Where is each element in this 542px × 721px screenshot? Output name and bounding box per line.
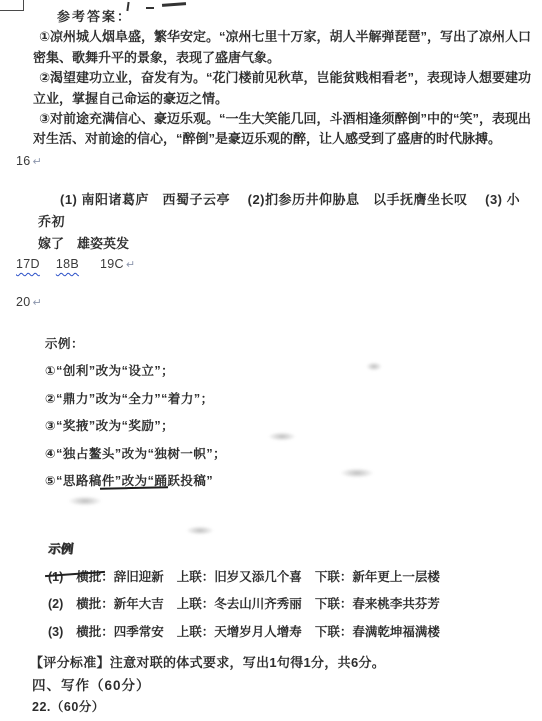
paragraph-mark-icon: ↵ xyxy=(126,259,136,271)
couplet-prefix: (2) xyxy=(48,591,63,619)
analysis-line: 立业，掌握自己命运的豪迈之情。 xyxy=(33,89,533,109)
q22-label: 22.（60分） xyxy=(32,697,105,715)
couplet-hengpi: 横批：四季常安 xyxy=(76,619,164,647)
scoring-note: 【评分标准】注意对联的体式要求，写出1句得1分，共6分。 xyxy=(30,652,385,671)
couplet-shanglian: 上联：天增岁月人增寿 xyxy=(177,619,302,647)
q16-answer-line: 嫁了 雄姿英发 xyxy=(38,233,530,255)
answer-18: 18B xyxy=(56,257,79,271)
analysis-line: ②渴望建功立业，奋发有为。“花门楼前见秋草，岂能贫贱相看老”，表现诗人想要建功 xyxy=(33,68,533,88)
revision-item: ③“奖掖”改为“奖励”； xyxy=(45,413,465,440)
q20-answers-block: 示例： ①“创利”改为“设立”； ②“鼎力”改为“全力”“着力”； ③“奖掖”改… xyxy=(45,331,465,495)
scan-smudge xyxy=(268,432,296,441)
revision-item: ①“创利”改为“设立”； xyxy=(45,358,465,385)
example-label: 示例： xyxy=(45,331,465,358)
couplet-shanglian: 上联：旧岁又添几个喜 xyxy=(177,564,302,592)
q17-19-answers: 17D18B19C↵ xyxy=(16,257,135,271)
poem-analysis-block: 参考答案： ①凉州城人烟阜盛，繁华安定。“凉州七里十万家，胡人半解弹琵琶”，写出… xyxy=(33,7,533,150)
answer-17: 17D xyxy=(16,257,40,271)
q21-answers-block: 示例 (1) 横批：辞旧迎新 上联：旧岁又添几个喜 下联：新年更上一层楼 (2)… xyxy=(48,536,508,646)
analysis-line: 密集、歌舞升平的景象，表现了盛唐气象。 xyxy=(33,48,533,68)
analysis-line: ①凉州城人烟阜盛，繁华安定。“凉州七里十万家，胡人半解弹琵琶”，写出了凉州人口 xyxy=(33,27,533,47)
q20-number-text: 20 xyxy=(16,295,31,309)
couplet-hengpi: 横批：辞旧迎新 xyxy=(76,564,164,592)
answer-key-title: 参考答案： xyxy=(57,7,533,27)
couplet-row: (2) 横批：新年大吉 上联：冬去山川齐秀丽 下联：春来桃李共芬芳 xyxy=(48,591,508,619)
answer-19: 19C xyxy=(100,257,124,271)
paragraph-mark-icon: ↵ xyxy=(33,297,43,309)
revision-item: ⑤“思路稿件”改为“踊跃投稿” xyxy=(45,468,465,495)
scan-smudge xyxy=(68,496,102,506)
q16-number: 16↵ xyxy=(16,154,42,168)
couplet-prefix: (3) xyxy=(48,619,63,647)
scan-smudge xyxy=(366,362,382,371)
q16-answers-block: (1) 南阳诸葛庐 西蜀子云亭 (2)扪参历井仰胁息 以手抚膺坐长叹 (3) 小… xyxy=(38,189,530,255)
revision-item: ②“鼎力”改为“全力”“着力”； xyxy=(45,386,465,413)
couplet-xialian: 下联：春满乾坤福满楼 xyxy=(315,619,440,647)
couplet-prefix: (1) xyxy=(48,564,63,592)
analysis-line: 对生活、对前途的信心，“醉倒”是豪迈乐观的醉，让人感受到了盛唐的时代脉搏。 xyxy=(33,129,533,149)
scan-smudge xyxy=(340,468,374,478)
couplet-row: (1) 横批：辞旧迎新 上联：旧岁又添几个喜 下联：新年更上一层楼 xyxy=(48,564,508,592)
pen-mark xyxy=(162,2,186,6)
revision-item: ④“独占鳌头”改为“独树一帜”； xyxy=(45,441,465,468)
q20-number: 20↵ xyxy=(16,295,42,309)
analysis-line: ③对前途充满信心、豪迈乐观。“一生大笑能几回，斗酒相逢须醉倒”中的“笑”，表现出 xyxy=(33,109,533,129)
scan-smudge xyxy=(186,526,214,535)
table-corner-artifact xyxy=(0,0,24,11)
couplet-hengpi: 横批：新年大吉 xyxy=(76,591,164,619)
document-page: 参考答案： ①凉州城人烟阜盛，繁华安定。“凉州七里十万家，胡人半解弹琵琶”，写出… xyxy=(0,0,542,721)
paragraph-mark-icon: ↵ xyxy=(33,156,43,168)
q16-number-text: 16 xyxy=(16,154,31,168)
example-label: 示例 xyxy=(47,536,75,564)
section-writing-heading: 四、写作（60分） xyxy=(32,674,151,694)
couplet-row: (3) 横批：四季常安 上联：天增岁月人增寿 下联：春满乾坤福满楼 xyxy=(48,619,508,647)
couplet-xialian: 下联：新年更上一层楼 xyxy=(315,564,440,592)
couplet-xialian: 下联：春来桃李共芬芳 xyxy=(315,591,440,619)
q16-answer-line: (1) 南阳诸葛庐 西蜀子云亭 (2)扪参历井仰胁息 以手抚膺坐长叹 (3) 小… xyxy=(38,189,530,233)
couplet-shanglian: 上联：冬去山川齐秀丽 xyxy=(177,591,302,619)
